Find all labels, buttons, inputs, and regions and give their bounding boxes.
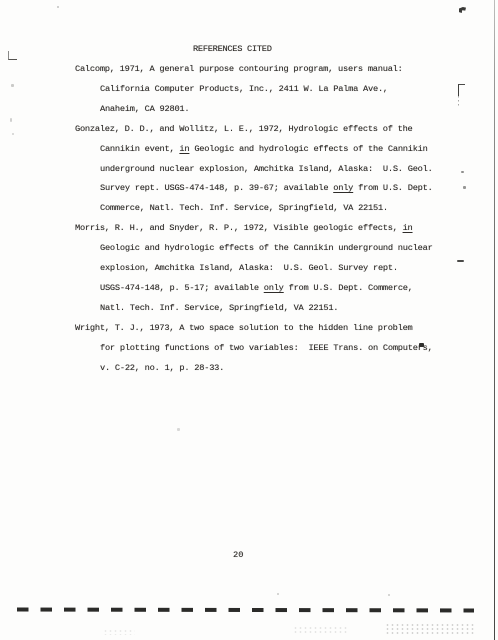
scan-speck	[277, 593, 279, 595]
text-segment: explosion, Amchitka Island, Alaska: U.S.…	[100, 263, 398, 273]
scan-speck	[461, 171, 464, 173]
reference-line: Wright, T. J., 1973, A two space solutio…	[75, 319, 455, 339]
underlined-text: in	[179, 144, 189, 154]
scan-speck	[177, 428, 180, 431]
text-segment: v. C-22, no. 1, p. 28-33.	[100, 363, 224, 373]
text-segment: underground nuclear explosion, Amchitka …	[100, 164, 433, 174]
reference-line: Calcomp, 1971, A general purpose contour…	[75, 60, 455, 80]
text-segment: from U.S. Dept.	[353, 183, 432, 193]
scan-artifact-bracket	[8, 51, 17, 60]
text-segment: Cannikin event,	[100, 144, 179, 154]
reference-line: Survey rept. USGS-474-148, p. 39-67; ava…	[75, 179, 455, 199]
scan-noise	[103, 629, 135, 635]
reference-line: Commerce, Natl. Tech. Inf. Service, Spri…	[75, 199, 455, 219]
text-segment: Morris, R. H., and Snyder, R. P., 1972, …	[75, 223, 403, 233]
page-title: REFERENCES CITED	[193, 44, 272, 54]
reference-line: Geologic and hydrologic effects of the C…	[75, 239, 455, 259]
reference-entry: Gonzalez, D. D., and Wollitz, L. E., 197…	[75, 120, 455, 220]
underlined-text: only	[333, 183, 353, 193]
text-segment: Gonzalez, D. D., and Wollitz, L. E., 197…	[75, 124, 413, 134]
reference-line: Morris, R. H., and Snyder, R. P., 1972, …	[75, 219, 455, 239]
scan-edge-line	[494, 0, 496, 640]
text-segment: Commerce, Natl. Tech. Inf. Service, Spri…	[100, 203, 388, 213]
reference-line: Cannikin event, in Geologic and hydrolog…	[75, 140, 455, 160]
scan-speck	[419, 343, 424, 347]
scan-speck	[10, 118, 12, 122]
underlined-text: in	[403, 223, 413, 233]
scan-speck	[463, 186, 466, 189]
reference-entry: Morris, R. H., and Snyder, R. P., 1972, …	[75, 219, 455, 319]
reference-line: USGS-474-148, p. 5-17; available only fr…	[75, 279, 455, 299]
scan-speck	[57, 6, 59, 8]
reference-line: for plotting functions of two variables:…	[75, 339, 455, 359]
text-segment: Survey rept. USGS-474-148, p. 39-67; ava…	[100, 183, 333, 193]
reference-entry: Calcomp, 1971, A general purpose contour…	[75, 60, 455, 120]
reference-line: v. C-22, no. 1, p. 28-33.	[75, 359, 455, 379]
scan-noise	[385, 623, 475, 634]
scan-speck	[12, 133, 14, 135]
scan-speck	[11, 84, 14, 87]
underlined-text: only	[264, 283, 284, 293]
page-number: 20	[233, 550, 243, 560]
text-segment: Calcomp, 1971, A general purpose contour…	[75, 64, 403, 74]
text-segment: Geologic and hydrologic effects of the C…	[100, 243, 433, 253]
reference-line: California Computer Products, Inc., 2411…	[75, 80, 455, 100]
reference-line: explosion, Amchitka Island, Alaska: U.S.…	[75, 259, 455, 279]
scan-artifact-mark	[459, 7, 466, 13]
scan-noise	[293, 626, 348, 634]
text-segment: Anaheim, CA 92801.	[100, 104, 189, 114]
scan-speck	[457, 260, 464, 262]
text-segment: Wright, T. J., 1973, A two space solutio…	[75, 323, 413, 333]
scan-dash-row	[17, 608, 474, 613]
text-segment: for plotting functions of two variables:…	[100, 343, 433, 353]
reference-entry: Wright, T. J., 1973, A two space solutio…	[75, 319, 455, 379]
text-segment: from U.S. Dept. Commerce,	[284, 283, 413, 293]
scan-artifact-dots	[458, 96, 459, 108]
scan-speck	[388, 594, 390, 596]
reference-line: Natl. Tech. Inf. Service, Springfield, V…	[75, 299, 455, 319]
reference-line: underground nuclear explosion, Amchitka …	[75, 160, 455, 180]
references-list: Calcomp, 1971, A general purpose contour…	[75, 60, 455, 379]
scan-artifact-bracket	[458, 84, 465, 96]
text-segment: California Computer Products, Inc., 2411…	[100, 84, 388, 94]
text-segment: Geologic and hydrologic effects of the C…	[189, 144, 427, 154]
text-segment: USGS-474-148, p. 5-17; available	[100, 283, 264, 293]
reference-line: Anaheim, CA 92801.	[75, 100, 455, 120]
text-segment: Natl. Tech. Inf. Service, Springfield, V…	[100, 303, 338, 313]
reference-line: Gonzalez, D. D., and Wollitz, L. E., 197…	[75, 120, 455, 140]
